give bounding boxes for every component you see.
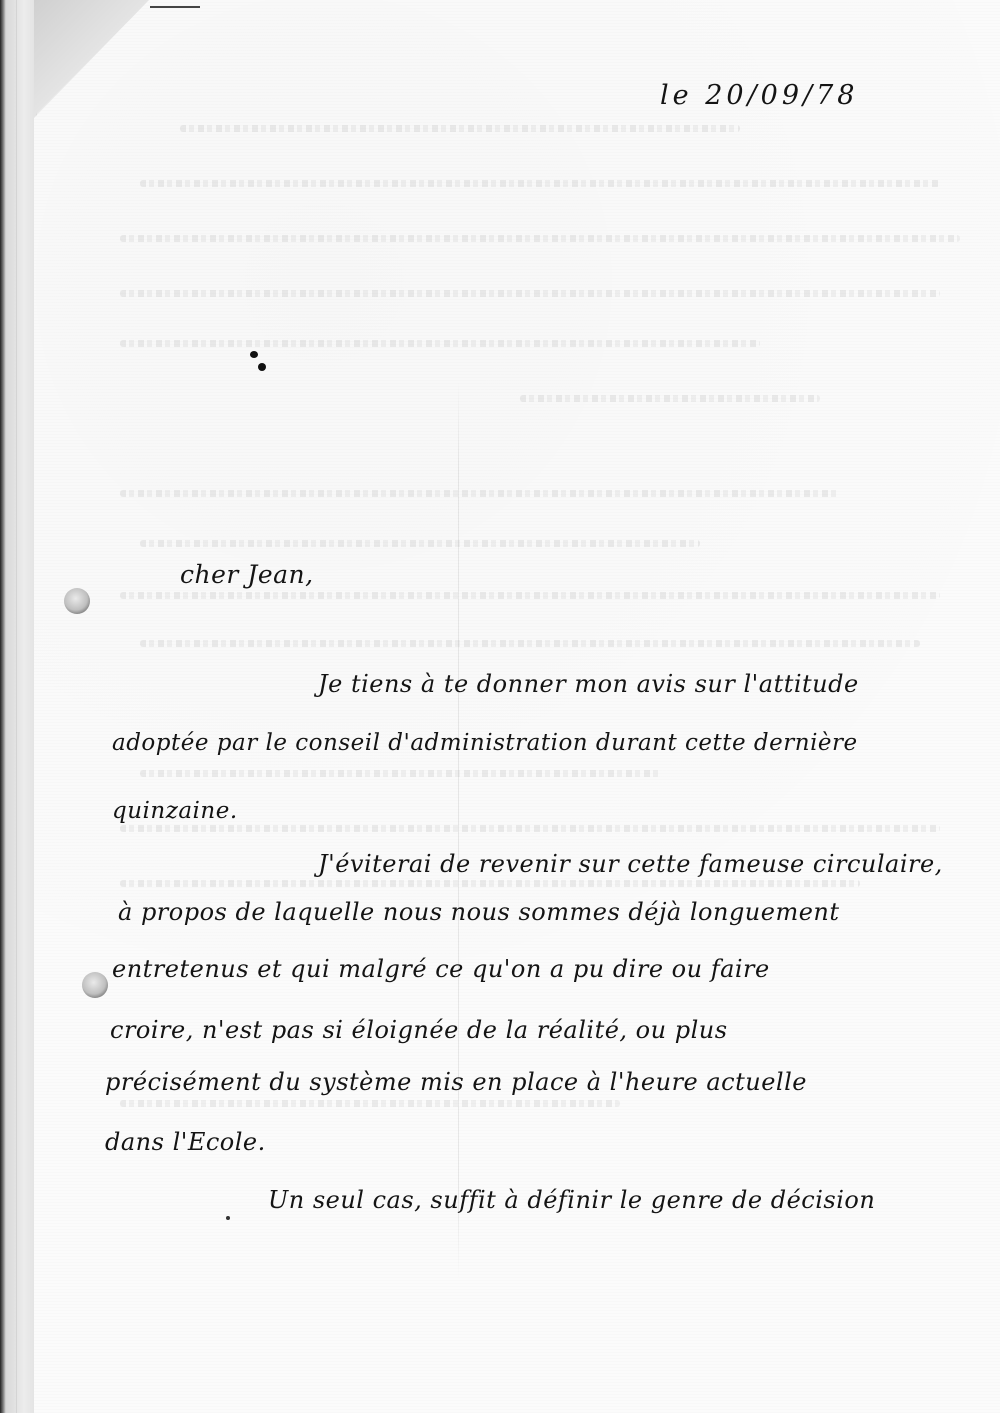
top-edge-mark — [150, 6, 200, 8]
show-through-line — [120, 490, 840, 497]
show-through-line — [140, 540, 700, 547]
show-through-line — [140, 770, 660, 777]
paragraph-1-line-1: Je tiens à te donner mon avis sur l'atti… — [318, 672, 859, 696]
show-through-line — [120, 290, 940, 297]
paragraph-1-line-3: quinzaine. — [112, 800, 238, 823]
paragraph-2-line-3: entretenus et qui malgré ce qu'on a pu d… — [112, 957, 770, 981]
underlying-page-edge — [16, 0, 37, 1413]
show-through-line — [120, 1100, 620, 1107]
ink-mark — [258, 363, 266, 371]
punch-hole — [64, 588, 90, 614]
paragraph-1-line-2: adoptée par le conseil d'administration … — [112, 732, 858, 755]
show-through-line — [180, 125, 740, 132]
paragraph-2-line-1: J'éviterai de revenir sur cette fameuse … — [318, 852, 943, 876]
show-through-line — [140, 640, 920, 647]
show-through-line — [120, 592, 940, 599]
show-through-line — [120, 825, 940, 832]
paragraph-2-line-5: précisément du système mis en place à l'… — [105, 1070, 807, 1094]
paper-fold-crease — [458, 380, 459, 1280]
salutation: cher Jean, — [180, 562, 314, 587]
show-through-line — [120, 235, 960, 242]
stray-dot — [226, 1216, 230, 1220]
paragraph-2-line-4: croire, n'est pas si éloignée de la réal… — [110, 1018, 728, 1042]
show-through-line — [120, 880, 860, 887]
show-through-line — [120, 340, 760, 347]
punch-hole — [82, 972, 108, 998]
paragraph-2-line-2: à propos de laquelle nous nous sommes dé… — [118, 900, 840, 924]
show-through-line — [140, 180, 940, 187]
paragraph-2-line-6: dans l'Ecole. — [105, 1130, 266, 1154]
letter-date: le 20/09/78 — [660, 82, 858, 109]
show-through-line — [520, 395, 820, 402]
ink-mark — [250, 351, 258, 358]
paragraph-3-line-1: Un seul cas, suffit à définir le genre d… — [268, 1188, 875, 1212]
